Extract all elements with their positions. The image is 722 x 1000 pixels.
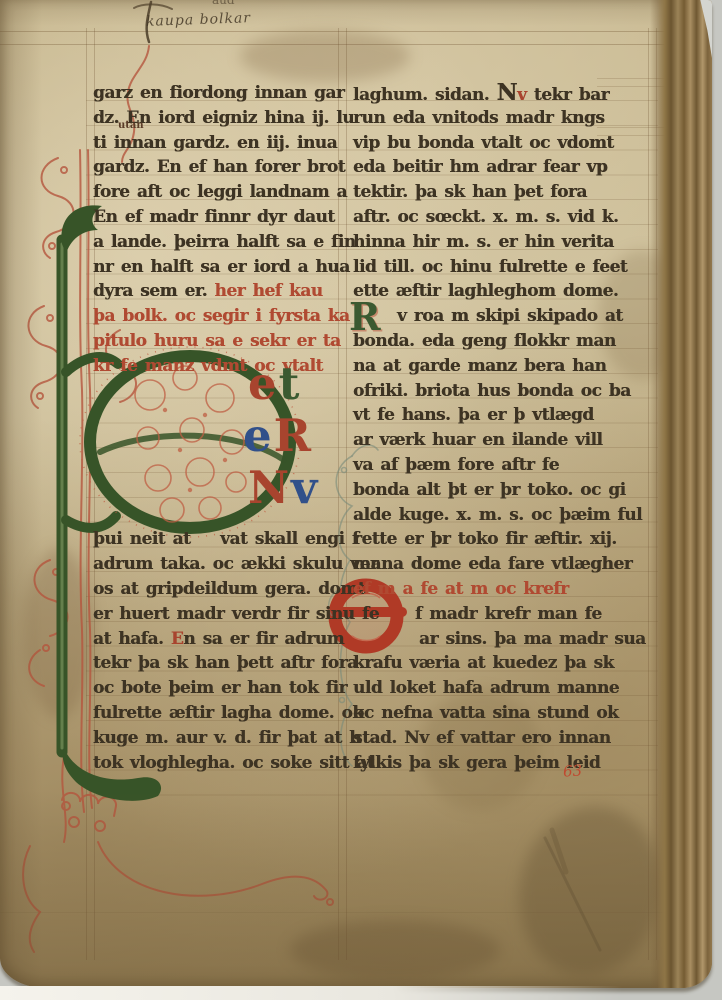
text-segment: f madr krefr man fe xyxy=(415,604,602,624)
manuscript-text-line: oc nefna vatta sina stund ok xyxy=(353,701,655,726)
display-capital: t xyxy=(279,357,302,410)
text-segment: gardz. En ef han forer brot xyxy=(93,157,345,177)
text-segment: aftr. oc sœckt. x. m. s. vid k. xyxy=(353,207,618,227)
parchment-stain xyxy=(240,30,410,82)
text-segment: er huert madr verdr fir sinu fe xyxy=(93,604,379,624)
manuscript-text-line: at hafa. En sa er fir adrum xyxy=(93,627,345,652)
text-segment: v roa m skipi skipado at xyxy=(397,306,623,326)
text-segment: oc bote þeim er han tok fir xyxy=(93,678,347,698)
verse-initial-r: R xyxy=(349,294,381,339)
manuscript-text-line: dyra sem er. her hef kau xyxy=(93,279,345,304)
text-segment: nr en halft sa er iord a hua xyxy=(93,257,350,277)
text-segment: alde kuge. x. m. s. oc þæim ful xyxy=(353,505,642,525)
text-segment: N xyxy=(497,79,518,106)
manuscript-text-line: run eda vnitods madr kngs xyxy=(353,106,655,131)
manuscript-text-line: vip bu bonda vtalt oc vdomt xyxy=(353,131,655,156)
manuscript-text-line: kuge m. aur v. d. fir þat at h xyxy=(93,726,345,751)
text-segment: kuge m. aur v. d. fir þat at h xyxy=(93,728,361,748)
display-capital-row: Nv xyxy=(248,462,319,514)
manuscript-text-line: va af þæm fore aftr fe xyxy=(353,453,655,478)
text-segment: ti innan gardz. en iij. inua xyxy=(93,133,337,153)
text-segment: mana dome eda fare vtlægher xyxy=(353,554,632,574)
manuscript-text-line: fore aft oc leggi landnam a xyxy=(93,180,345,205)
text-segment: tekr bar xyxy=(526,85,609,105)
shadow-vignette xyxy=(0,0,712,26)
display-capital-row: eR xyxy=(243,410,319,462)
text-segment: ette æftir laghleghom dome. xyxy=(353,281,618,301)
manuscript-text-line: v roa m skipi skipado at xyxy=(353,304,655,329)
text-segment: vip bu bonda vtalt oc vdomt xyxy=(353,133,614,153)
shadow-vignette xyxy=(0,0,42,988)
text-segment: dyra sem er. xyxy=(93,281,215,301)
manuscript-text-line: ar værk huar en ilande vill xyxy=(353,428,655,453)
interlinear-correction: utan xyxy=(118,120,144,131)
text-segment: fulrette æftir lagha dome. ok xyxy=(93,703,364,723)
display-capital: v xyxy=(291,461,319,514)
text-segment: tekr þa sk han þett aftr fora xyxy=(93,653,358,673)
manuscript-text-line: tok vloghlegha. oc soke sitt at xyxy=(93,751,345,776)
text-segment: at hafa. xyxy=(93,629,171,649)
manuscript-text-line: adrum taka. oc ækki skulu ver xyxy=(93,552,345,577)
ruling-line xyxy=(0,31,710,32)
manuscript-text-line: pitulo huru sa e sekr er ta xyxy=(93,329,345,354)
manuscript-text-line: lid till. oc hinu fulrette e feet xyxy=(353,255,655,280)
manuscript-text-line: ef m a fe at m oc krefr xyxy=(353,577,655,602)
display-capital: e xyxy=(248,357,279,410)
manuscript-text-line: þui neit at vat skall engi f xyxy=(93,527,345,552)
manuscript-text-line: stad. Nv ef vattar ero innan xyxy=(353,726,655,751)
text-segment: fore aft oc leggi landnam a xyxy=(93,182,347,202)
text-segment: stad. Nv ef vattar ero innan xyxy=(353,728,611,748)
text-segment: vt fe hans. þa er þ vtlægd xyxy=(353,405,594,425)
book-fore-edge xyxy=(650,0,712,988)
manuscript-text-line: ette æftir laghleghom dome. xyxy=(353,279,655,304)
manuscript-text-line: hinna hir m. s. er hin verita xyxy=(353,230,655,255)
manuscript-page: garz en fiordong innan gardz. En iord ei… xyxy=(0,0,712,988)
text-segment: En ef madr finnr dyr daut xyxy=(93,207,335,227)
text-segment: n sa er fir adrum xyxy=(183,629,344,649)
manuscript-text-line: na at garde manz bera han xyxy=(353,354,655,379)
text-segment: þa bolk. oc segir i fyrsta ka xyxy=(93,306,350,326)
manuscript-text-line: a lande. þeirra halft sa e fin xyxy=(93,230,345,255)
text-segment: ofriki. briota hus bonda oc ba xyxy=(353,381,631,401)
text-segment: tektir. þa sk han þet fora xyxy=(353,182,587,202)
manuscript-photo: garz en fiordong innan gardz. En iord ei… xyxy=(0,0,722,1000)
manuscript-text-line: fulrette æftir lagha dome. ok xyxy=(93,701,345,726)
text-segment: her hef kau xyxy=(215,281,323,301)
manuscript-text-line: En ef madr finnr dyr daut xyxy=(93,205,345,230)
text-segment: run eda vnitods madr kngs xyxy=(353,108,604,128)
manuscript-text-line: krafu væria at kuedez þa sk xyxy=(353,651,655,676)
display-capital: e xyxy=(243,409,274,462)
scan-glare xyxy=(0,986,655,1000)
manuscript-text-line: ofriki. briota hus bonda oc ba xyxy=(353,379,655,404)
right-text-column: laghum. sidan. Nv tekr barrun eda vnitod… xyxy=(353,81,655,775)
manuscript-text-line: ti innan gardz. en iij. inua xyxy=(93,131,345,156)
manuscript-text-line: tekr þa sk han þett aftr fora xyxy=(93,651,345,676)
text-segment: ar sins. þa ma madr sua xyxy=(419,629,646,649)
text-segment: bonda alt þt er þr toko. oc gi xyxy=(353,480,626,500)
text-segment: os at gripdeildum gera. domt xyxy=(93,579,365,599)
manuscript-text-line: bonda. eda geng flokkr man xyxy=(353,329,655,354)
manuscript-text-line: uld loket hafa adrum manne xyxy=(353,676,655,701)
text-segment: ef m a fe at m oc krefr xyxy=(353,579,569,599)
manuscript-text-line: os at gripdeildum gera. domt xyxy=(93,577,345,602)
manuscript-text-line: laghum. sidan. Nv tekr bar xyxy=(353,81,655,106)
manuscript-text-line: tektir. þa sk han þet fora xyxy=(353,180,655,205)
text-segment: hinna hir m. s. er hin verita xyxy=(353,232,614,252)
text-segment: lid till. oc hinu fulrette e feet xyxy=(353,257,627,277)
display-capital: R xyxy=(274,409,313,462)
text-segment: eda beitir hm adrar fear vp xyxy=(353,157,607,177)
manuscript-text-line: aftr. oc sœckt. x. m. s. vid k. xyxy=(353,205,655,230)
text-segment: adrum taka. oc ækki skulu ver xyxy=(93,554,378,574)
manuscript-text-line: garz en fiordong innan gar xyxy=(93,81,345,106)
text-segment: va af þæm fore aftr fe xyxy=(353,455,559,475)
display-capitals: eteRNv xyxy=(242,358,319,514)
manuscript-text-line: oc bote þeim er han tok fir xyxy=(93,676,345,701)
manuscript-text-line: mana dome eda fare vtlægher xyxy=(353,552,655,577)
manuscript-text-line: þa bolk. oc segir i fyrsta ka xyxy=(93,304,345,329)
manuscript-text-line: ar sins. þa ma madr sua xyxy=(353,627,655,652)
text-segment: E xyxy=(171,629,183,649)
text-segment: tok vloghlegha. oc soke sitt at xyxy=(93,753,374,773)
text-segment: a lande. þeirra halft sa e fin xyxy=(93,232,356,252)
text-segment: rette er þr toko fir æftir. xij. xyxy=(353,529,617,549)
manuscript-text-line: alde kuge. x. m. s. oc þæim ful xyxy=(353,503,655,528)
manuscript-text-line: rette er þr toko fir æftir. xij. xyxy=(353,527,655,552)
folio-number: 63 xyxy=(562,761,582,780)
text-segment: pitulo huru sa e sekr er ta xyxy=(93,331,341,351)
display-capital-row: et xyxy=(248,358,319,410)
display-capital: N xyxy=(248,461,291,514)
manuscript-text-line: bonda alt þt er þr toko. oc gi xyxy=(353,478,655,503)
manuscript-text-line: vt fe hans. þa er þ vtlægd xyxy=(353,403,655,428)
manuscript-text-line: gardz. En ef han forer brot xyxy=(93,155,345,180)
manuscript-text-line: er huert madr verdr fir sinu fe xyxy=(93,602,345,627)
text-segment: ar værk huar en ilande vill xyxy=(353,430,602,450)
text-segment: garz en fiordong innan gar xyxy=(93,83,344,103)
manuscript-text-line: fylkis þa sk gera þeim leid xyxy=(353,751,655,776)
text-segment: oc nefna vatta sina stund ok xyxy=(353,703,618,723)
text-segment: na at garde manz bera han xyxy=(353,356,606,376)
manuscript-text-line: f madr krefr man fe xyxy=(353,602,655,627)
text-segment: laghum. sidan. xyxy=(353,85,497,105)
manuscript-text-line: eda beitir hm adrar fear vp xyxy=(353,155,655,180)
shadow-vignette xyxy=(0,790,712,988)
ruling-line xyxy=(0,44,710,45)
manuscript-text-line: nr en halft sa er iord a hua xyxy=(93,255,345,280)
text-segment: þui neit at vat skall engi f xyxy=(93,529,359,549)
text-segment: bonda. eda geng flokkr man xyxy=(353,331,616,351)
text-segment: uld loket hafa adrum manne xyxy=(353,678,619,698)
text-segment: krafu væria at kuedez þa sk xyxy=(353,653,614,673)
